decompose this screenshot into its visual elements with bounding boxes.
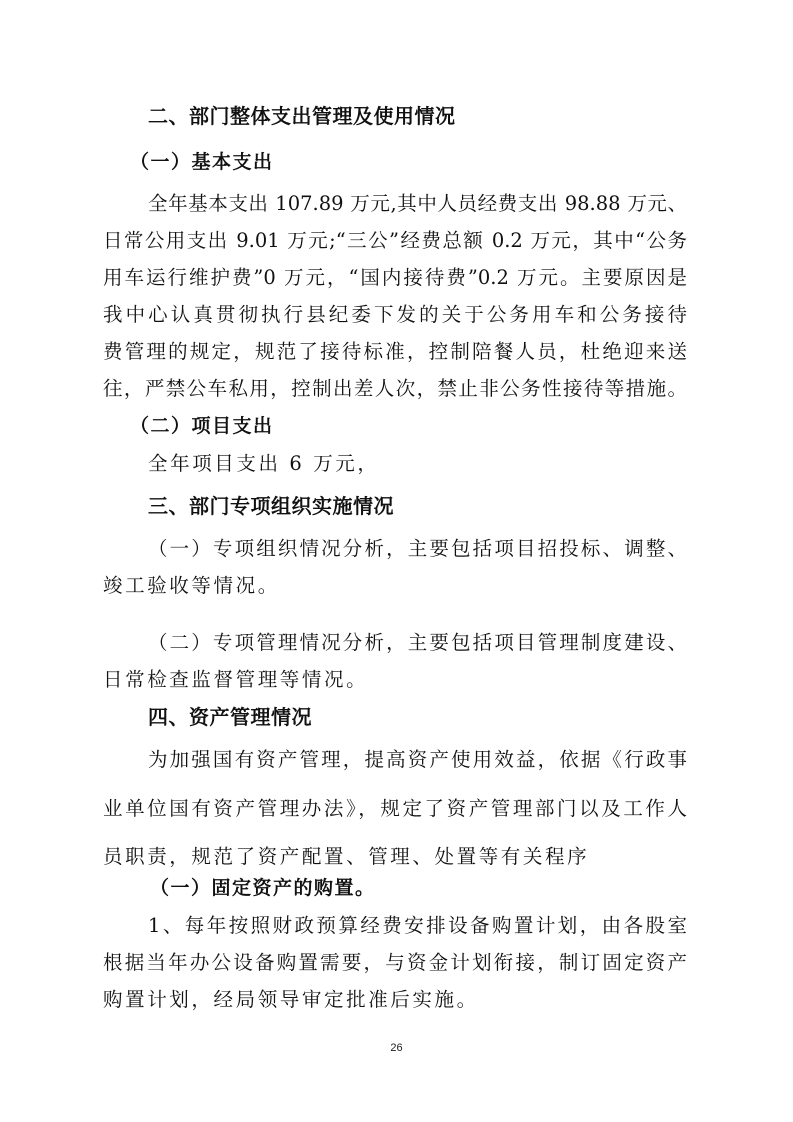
paragraph-line: 我中心认真贯彻执行县纪委下发的关于公务用车和公务接待 <box>103 303 687 327</box>
paragraph-line: 用车运行维护费”0 万元，“国内接待费”0.2 万元。主要原因是 <box>103 266 687 290</box>
paragraph-line: 日常公用支出 9.01 万元;“三公”经费总额 0.2 万元，其中“公务 <box>103 229 687 253</box>
paragraph-line: 员职责，规范了资产配置、管理、处置等有关程序 <box>103 845 687 869</box>
document-page: 二、部门整体支出管理及使用情况 （一）基本支出 全年基本支出 107.89 万元… <box>0 0 793 1122</box>
paragraph-line: 购置计划，经局领导审定批准后实施。 <box>103 988 687 1012</box>
heading-fixed-asset-purchase: （一）固定资产的购置。 <box>150 876 734 900</box>
paragraph-line: （一）专项组织情况分析，主要包括项目招投标、调整、 <box>148 537 687 561</box>
heading-section-4: 四、资产管理情况 <box>148 705 687 729</box>
paragraph-line: 竣工验收等情况。 <box>103 574 687 598</box>
heading-project-expenditure: （二）项目支出 <box>130 414 714 438</box>
heading-section-2: 二、部门整体支出管理及使用情况 <box>148 104 687 128</box>
paragraph-line: 根据当年办公设备购置需要，与资金计划衔接，制订固定资产 <box>103 951 687 975</box>
paragraph-line: （二）专项管理情况分析，主要包括项目管理制度建设、 <box>148 631 687 655</box>
paragraph-line: 1、每年按照财政预算经费安排设备购置计划，由各股室 <box>148 914 687 938</box>
paragraph-line: 业单位国有资产管理办法》，规定了资产管理部门以及工作人 <box>103 797 687 821</box>
paragraph-line: 费管理的规定，规范了接待标准，控制陪餐人员，杜绝迎来送 <box>103 340 687 364</box>
paragraph-line: 全年项目支出 6 万元， <box>148 452 687 476</box>
heading-section-3: 三、部门专项组织实施情况 <box>148 494 687 518</box>
heading-basic-expenditure: （一）基本支出 <box>130 150 714 174</box>
paragraph-line: 全年基本支出 107.89 万元,其中人员经费支出 98.88 万元、 <box>148 192 687 216</box>
paragraph-line: 日常检查监督管理等情况。 <box>103 668 687 692</box>
paragraph-line: 为加强国有资产管理，提高资产使用效益，依据《行政事 <box>148 748 687 772</box>
page-number: 26 <box>0 1042 793 1054</box>
paragraph-line: 往，严禁公车私用，控制出差人次，禁止非公务性接待等措施。 <box>103 377 687 401</box>
